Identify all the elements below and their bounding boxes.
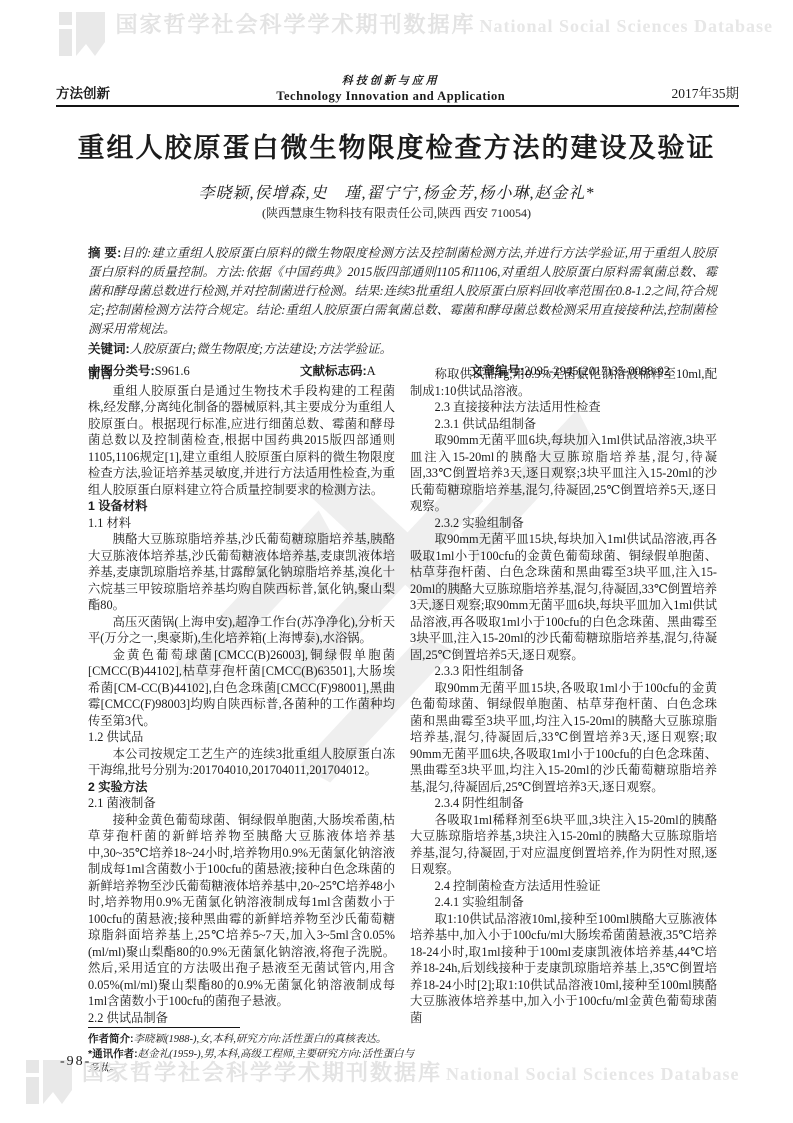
body-paragraph: 本公司按规定工艺生产的连续3批重组人胶原蛋白冻干海绵,批号分别为:2017040… bbox=[88, 746, 395, 779]
article-authors: 李晓颖,侯增森,史 瑾,翟宁宁,杨金芳,杨小琳,赵金礼* bbox=[0, 180, 793, 203]
sub-heading: 2.3.2 实验组制备 bbox=[410, 515, 717, 532]
body-paragraph: 接种金黄色葡萄球菌、铜绿假单胞菌,大肠埃希菌,枯草芽孢杆菌的新鲜培养物至胰酪大豆… bbox=[88, 812, 395, 1010]
abstract-label: 摘 要: bbox=[88, 246, 121, 260]
corresponding-author-text: 赵金礼(1959-),男,本科,高级工程师,主要研究方向:活性蛋白与多肽。 bbox=[88, 1049, 414, 1074]
right-column: 称取供试品1g,用0.9%无菌氯化钠溶液稀释至10ml,配制成1:10供试品溶液… bbox=[410, 366, 717, 1026]
body-paragraph: 高压灭菌锅(上海申安),超净工作台(苏净净化),分析天平(万分之一,奥豪斯),生… bbox=[88, 614, 395, 647]
watermark-cn-text: 国家哲学社会科学学术期刊数据库 bbox=[115, 12, 475, 37]
keywords-label: 关键词: bbox=[88, 342, 130, 356]
nssd-logo-icon bbox=[59, 12, 105, 56]
body-paragraph: 各吸取1ml稀释剂至6块平皿,3块注入15-20ml的胰酪大豆胨琼脂培养基,3块… bbox=[410, 812, 717, 878]
watermark-en-text: National Social Sciences Database bbox=[480, 16, 774, 36]
body-paragraph: 金黄色葡萄球菌[CMCC(B)26003],铜绿假单胞菌[CMCC(B)4410… bbox=[88, 647, 395, 730]
author-bio-text: 李晓颖(1988-),女,本科,研究方向:活性蛋白的真核表达。 bbox=[134, 1034, 387, 1045]
keywords-text: 人胶原蛋白;微生物限度;方法建设;方法学验证。 bbox=[130, 342, 393, 356]
body-paragraph: 取1:10供试品溶液10ml,接种至100ml胰酪大豆胨液体培养基中,加入小于1… bbox=[410, 911, 717, 1027]
issue-label: 2017年35期 bbox=[672, 82, 740, 102]
sub-heading: 1.2 供试品 bbox=[88, 729, 395, 746]
article-title: 重组人胶原蛋白微生物限度检查方法的建设及验证 bbox=[0, 126, 793, 165]
corresponding-author-line: *通讯作者:赵金礼(1959-),男,本科,高级工程师,主要研究方向:活性蛋白与… bbox=[88, 1047, 418, 1076]
sub-heading: 2.3.4 阴性组制备 bbox=[410, 795, 717, 812]
running-head: 方法创新 科技创新与应用 Technology Innovation and A… bbox=[56, 70, 739, 107]
watermark-en-text: National Social Sciences Database bbox=[446, 1064, 740, 1084]
abstract: 摘 要:目的:建立重组人胶原蛋白原料的微生物限度检测方法及控制菌检测方法,并进行… bbox=[88, 244, 717, 339]
journal-name: 科技创新与应用 Technology Innovation and Applic… bbox=[276, 76, 505, 103]
body-paragraph: 胰酪大豆胨琼脂培养基,沙氏葡萄糖琼脂培养基,胰酪大豆胨液体培养基,沙氏葡萄糖液体… bbox=[88, 531, 395, 614]
body-paragraph: 取90mm无菌平皿6块,每块加入1ml供试品溶液,3块平皿注入15-20ml的胰… bbox=[410, 432, 717, 515]
abstract-text: 目的:建立重组人胶原蛋白原料的微生物限度检测方法及控制菌检测方法,并进行方法学验… bbox=[88, 246, 717, 336]
journal-page: 国家哲学社会科学学术期刊数据库 National Social Sciences… bbox=[0, 0, 793, 1123]
journal-name-en: Technology Innovation and Application bbox=[276, 90, 505, 103]
journal-name-cn: 科技创新与应用 bbox=[276, 76, 505, 87]
author-bio-label: 作者简介: bbox=[88, 1033, 134, 1045]
page-number: -98- bbox=[60, 1054, 91, 1070]
section-heading: 前言 bbox=[88, 366, 395, 383]
body-paragraph: 取90mm无菌平皿15块,每块加入1ml供试品溶液,再各吸取1ml小于100cf… bbox=[410, 531, 717, 663]
footnote-rule bbox=[88, 1027, 240, 1028]
section-heading: 1 设备材料 bbox=[88, 498, 395, 515]
body-paragraph: 取90mm无菌平皿15块,各吸取1ml小于100cfu的金黄色葡萄球菌、铜绿假单… bbox=[410, 680, 717, 796]
sub-heading: 1.1 材料 bbox=[88, 515, 395, 532]
sub-heading: 2.4.1 实验组制备 bbox=[410, 894, 717, 911]
column-label: 方法创新 bbox=[56, 82, 110, 102]
sub-heading: 2.2 供试品制备 bbox=[88, 1010, 395, 1027]
sub-heading: 2.3.1 供试品组制备 bbox=[410, 416, 717, 433]
sub-heading: 2.3.3 阳性组制备 bbox=[410, 663, 717, 680]
sub-heading: 2.4 控制菌检查方法适用性验证 bbox=[410, 878, 717, 895]
nssd-watermark-top: 国家哲学社会科学学术期刊数据库 National Social Sciences… bbox=[59, 12, 773, 56]
sub-heading: 2.1 菌液制备 bbox=[88, 795, 395, 812]
sub-heading: 2.3 直接接种法方法适用性检查 bbox=[410, 399, 717, 416]
corresponding-author-label: *通讯作者: bbox=[88, 1048, 138, 1060]
left-column: 前言重组人胶原蛋白是通过生物技术手段构建的工程菌株,经发酵,分离纯化制备的器械原… bbox=[88, 366, 395, 1026]
author-footnote: 作者简介:李晓颖(1988-),女,本科,研究方向:活性蛋白的真核表达。 *通讯… bbox=[88, 1027, 418, 1076]
author-bio-line: 作者简介:李晓颖(1988-),女,本科,研究方向:活性蛋白的真核表达。 bbox=[88, 1032, 418, 1047]
section-heading: 2 实验方法 bbox=[88, 779, 395, 796]
keywords: 关键词:人胶原蛋白;微生物限度;方法建设;方法学验证。 bbox=[88, 340, 717, 359]
article-meta: 摘 要:目的:建立重组人胶原蛋白原料的微生物限度检测方法及控制菌检测方法,并进行… bbox=[88, 244, 717, 381]
body-paragraph: 称取供试品1g,用0.9%无菌氯化钠溶液稀释至10ml,配制成1:10供试品溶液… bbox=[410, 366, 717, 399]
body-paragraph: 重组人胶原蛋白是通过生物技术手段构建的工程菌株,经发酵,分离纯化制备的器械原料,… bbox=[88, 383, 395, 499]
article-body: 前言重组人胶原蛋白是通过生物技术手段构建的工程菌株,经发酵,分离纯化制备的器械原… bbox=[88, 366, 717, 1026]
article-affiliation: (陕西慧康生物科技有限责任公司,陕西 西安 710054) bbox=[0, 204, 793, 221]
